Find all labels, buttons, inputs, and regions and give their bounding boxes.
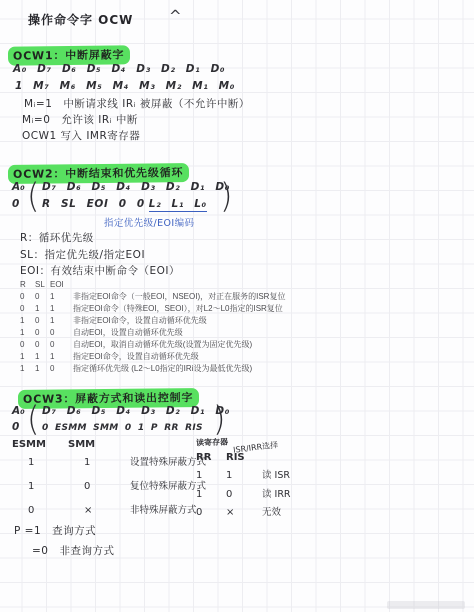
read-row: 0 × 无效	[194, 508, 314, 518]
ocw3-bit-header-row: A₀ D₇ D₆ D₅ D₄ D₃ D₂ D₁ D₀	[12, 405, 230, 417]
ocw2-bit-header-row: A₀ D₇ D₆ D₅ D₄ D₃ D₂ D₁ D₀	[12, 181, 230, 193]
bit-cell: 0	[35, 339, 50, 351]
col-ris: RIS	[224, 453, 254, 463]
desc-cell: 指定循环优先级 (L2～L0指定的IRi设为最低优先级)	[65, 363, 252, 375]
ocw1-heading-highlight: OCW1：中断屏蔽字	[8, 44, 130, 65]
table-row: 0 0 0 自动EOI，取消自动循环优先级(设置为固定优先级)	[20, 339, 285, 351]
bit-cell: 1	[224, 471, 254, 481]
desc-cell: 非指定EOI命令，设置自动循环优先级	[65, 315, 207, 327]
ocw2-blue-annotation: 指定优先级/EOI编码	[104, 215, 194, 229]
bit-cell: 1	[10, 482, 66, 492]
ocw1-bit-values: 1 M₇ M₆ M₅ M₄ M₃ M₂ M₁ M₀	[15, 80, 235, 92]
bit-cell: 1	[66, 458, 122, 468]
read-table-header: RR RIS	[194, 453, 314, 463]
bit-cell: 1	[20, 327, 35, 339]
table-row: 1 1 0 指定循环优先级 (L2～L0指定的IRi设为最低优先级)	[20, 363, 285, 375]
bit-cell: 0	[224, 490, 254, 500]
bit-cell: 0	[194, 508, 224, 518]
read-row: 1 0 读 IRR	[194, 490, 314, 500]
mask-row: 1 1 设置特殊屏蔽方式	[10, 458, 195, 468]
desc-cell: 自动EOI，取消自动循环优先级(设置为固定优先级)	[65, 339, 252, 351]
ocw3-paren-close: )	[213, 402, 225, 436]
read-row: 1 1 读 ISR	[194, 471, 314, 481]
ocw3-bit-value-row: 0 0 ESMM SMM 0 1 P RR RIS	[12, 421, 203, 433]
bit-cell: 0	[50, 363, 65, 375]
bit-cell: ×	[224, 508, 254, 518]
mask-row: 0 × 非特殊屏蔽方式	[10, 506, 195, 516]
bit-cell: 1	[194, 490, 224, 500]
caret-mark: ^	[169, 7, 182, 25]
bit-cell: 1	[50, 351, 65, 363]
col-smm: SMM	[50, 440, 106, 450]
bit-cell: 1	[20, 363, 35, 375]
page-title: 操作命令字 OCW	[28, 11, 133, 28]
ocw2-bit-value-row: 0 R SL EOI 0 0 L₂ L₁ L₀	[12, 198, 207, 212]
bit-cell: 1	[35, 363, 50, 375]
desc-cell: 指定EOI命令，设置自动循环优先级	[65, 351, 199, 363]
table-row: 1 0 0 自动EOI，设置自动循环优先级	[20, 327, 285, 339]
ocw2-bit-header: D₇ D₆ D₅ D₄ D₃ D₂ D₁ D₀	[42, 181, 230, 193]
bit-cell: 1	[20, 351, 35, 363]
bit-cell: 1	[50, 303, 65, 315]
bit-cell: 1	[194, 471, 224, 481]
desc-cell: 无效	[254, 508, 281, 518]
col-sl: SL	[35, 279, 50, 291]
ocw2-bit-values: R SL EOI 0 0	[42, 198, 145, 210]
bit-cell: 1	[50, 291, 65, 303]
ocw2-legend-eoi: EOI：有效结束中断命令（EOI）	[20, 263, 180, 278]
table-row: 0 0 1 非指定EOI命令（一般EOI，NSEOI)，对正在服务的ISR复位	[20, 291, 285, 303]
desc-cell: 读 IRR	[254, 490, 291, 500]
bit-cell: 0	[35, 315, 50, 327]
bit-cell: 0	[35, 327, 50, 339]
bit-cell: 0	[10, 506, 66, 516]
bit-cell: 0	[50, 339, 65, 351]
col-eoi: EOI	[50, 279, 65, 291]
bit-cell: 0	[20, 291, 35, 303]
ocw2-eoi-table: R SL EOI 0 0 1 非指定EOI命令（一般EOI，NSEOI)，对正在…	[20, 279, 285, 375]
ocw2-legend-r: R：循环优先级	[20, 230, 94, 245]
ocw2-paren-close: )	[220, 179, 232, 213]
desc-cell: 读 ISR	[254, 471, 290, 481]
ocw3-read-table: RR RIS 1 1 读 ISR 1 0 读 IRR 0 × 无效	[194, 453, 314, 518]
desc-cell: 自动EOI，设置自动循环优先级	[65, 327, 183, 339]
mask-table-header: ESMM SMM	[10, 440, 195, 450]
ocw2-paren-open: (	[27, 179, 39, 213]
notebook-page: 操作命令字 OCW ^ OCW1：中断屏蔽字 A₀ D₇ D₆ D₅ D₄ D₃…	[0, 0, 474, 612]
desc-cell: 非指定EOI命令（一般EOI，NSEOI)，对正在服务的ISR复位	[65, 291, 285, 303]
table-row: 1 0 1 非指定EOI命令，设置自动循环优先级	[20, 315, 285, 327]
bit-cell: 1	[35, 303, 50, 315]
table-row: 1 1 1 指定EOI命令，设置自动循环优先级	[20, 351, 285, 363]
mask-row: 1 0 复位特殊屏蔽方式	[10, 482, 195, 492]
ocw2-l-bits: L₂ L₁ L₀	[149, 198, 207, 212]
bit-cell: 1	[10, 458, 66, 468]
desc-cell: 非特殊屏蔽方式	[122, 506, 197, 516]
p-note-nonquery: =0 非查询方式	[32, 543, 114, 558]
bit-cell: ×	[66, 506, 122, 516]
bit-cell: 1	[35, 351, 50, 363]
col-r: R	[20, 279, 35, 291]
desc-cell: 指定EOI命令（特殊EOI，SEOI），对L2～L0指定的ISR复位	[65, 303, 283, 315]
ocw3-bit-header: D₇ D₆ D₅ D₄ D₃ D₂ D₁ D₀	[42, 405, 230, 417]
table-row: 0 1 1 指定EOI命令（特殊EOI，SEOI），对L2～L0指定的ISR复位	[20, 303, 285, 315]
bit-cell: 0	[20, 339, 35, 351]
ocw1-note-imr: OCW1 写入 IMR寄存器	[22, 128, 140, 143]
ocw2-legend-sl: SL：指定优先级/指定EOI	[20, 247, 145, 262]
bit-cell: 1	[20, 315, 35, 327]
bit-cell: 0	[50, 327, 65, 339]
table-header-row: R SL EOI	[20, 279, 285, 291]
bit-cell: 0	[66, 482, 122, 492]
read-table-caption: 读寄存器	[196, 436, 228, 448]
col-esmm: ESMM	[10, 440, 50, 450]
ocw1-bit-header: A₀ D₇ D₆ D₅ D₄ D₃ D₂ D₁ D₀	[13, 63, 225, 75]
ocw1-note-mask: Mᵢ=1 中断请求线 IRᵢ 被屏蔽（不允许中断）	[24, 96, 250, 111]
bit-cell: 0	[35, 291, 50, 303]
ocw3-paren-open: (	[27, 402, 39, 436]
ocw3-mask-table: ESMM SMM 1 1 设置特殊屏蔽方式 1 0 复位特殊屏蔽方式 0 × 非…	[10, 440, 195, 516]
watermark	[387, 601, 465, 609]
col-rr: RR	[194, 453, 224, 463]
ocw3-bit-values: 0 ESMM SMM 0 1 P RR RIS	[42, 423, 203, 433]
bit-cell: 0	[20, 303, 35, 315]
p-note-query: P =1 查询方式	[14, 523, 96, 538]
bit-cell: 1	[50, 315, 65, 327]
ocw1-note-allow: Mᵢ=0 允许该 IRᵢ 中断	[22, 112, 138, 127]
